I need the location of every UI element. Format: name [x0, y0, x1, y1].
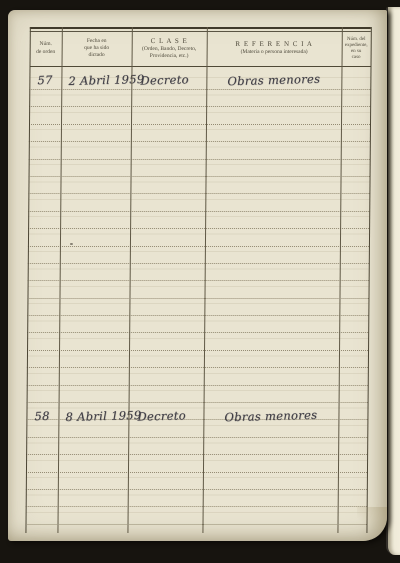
cell-fecha	[58, 473, 128, 489]
header-line: Providencia, etc.)	[150, 53, 189, 60]
cell-num-expediente	[341, 125, 370, 141]
table-row	[27, 333, 368, 350]
cell-num-orden	[27, 333, 59, 349]
cell-clase: Decreto	[128, 403, 203, 419]
cell-referencia	[204, 316, 339, 332]
table-row	[27, 299, 368, 316]
cell-referencia	[206, 90, 341, 106]
table-row	[26, 507, 367, 524]
cell-num-orden	[27, 386, 59, 402]
table-row	[28, 212, 369, 229]
cell-fecha	[59, 316, 129, 332]
cell-fecha	[60, 177, 130, 193]
cell-num-expediente	[338, 490, 367, 506]
handwritten-text: 2 Abril 1959	[68, 72, 144, 88]
cell-clase	[129, 333, 204, 349]
cell-num-expediente	[340, 212, 369, 228]
register-table: Núm. de orden Fecha en que ha sido dicta…	[3, 10, 387, 541]
ledger-page: Núm. de orden Fecha en que ha sido dicta…	[8, 10, 387, 541]
cell-fecha	[60, 264, 130, 280]
table-row	[26, 438, 367, 455]
cell-fecha	[58, 507, 128, 523]
cell-fecha	[61, 125, 131, 141]
cell-clase	[131, 90, 206, 106]
cell-num-expediente	[338, 438, 367, 454]
cell-num-orden	[29, 125, 61, 141]
cell-clase	[129, 299, 204, 315]
cell-referencia	[205, 229, 340, 245]
cell-clase	[129, 368, 204, 384]
cell-clase	[130, 194, 205, 210]
next-page-edge	[386, 7, 400, 555]
cell-num-expediente	[339, 316, 368, 332]
handwritten-text: Decreto	[140, 72, 189, 87]
cell-referencia	[204, 368, 339, 384]
cell-referencia	[204, 386, 339, 402]
table-row	[29, 160, 370, 177]
cell-num-expediente	[341, 160, 370, 176]
cell-fecha	[61, 142, 131, 158]
cell-clase	[130, 247, 205, 263]
cell-num-orden	[27, 299, 59, 315]
cell-num-expediente	[338, 473, 367, 489]
cell-clase	[130, 212, 205, 228]
table-row: 588 Abril 1959DecretoObras menores	[26, 403, 367, 420]
cell-clase	[129, 281, 204, 297]
cell-referencia	[203, 455, 338, 471]
table-row	[27, 368, 368, 385]
cell-num-expediente	[340, 247, 369, 263]
cell-num-orden	[26, 473, 58, 489]
cell-clase	[131, 107, 206, 123]
cell-num-expediente	[341, 142, 370, 158]
cell-num-orden	[26, 438, 58, 454]
column-header-fecha: Fecha en que ha sido dictado	[62, 31, 132, 66]
header-line: Núm.	[39, 41, 51, 48]
handwritten-text: 58	[35, 409, 51, 423]
header-line: dictado	[88, 52, 104, 59]
cell-num-orden	[27, 351, 59, 367]
cell-fecha	[59, 386, 129, 402]
cell-num-expediente	[340, 264, 369, 280]
table-row	[28, 247, 369, 264]
table-top-rule-thick	[30, 27, 371, 29]
cell-num-expediente	[340, 194, 369, 210]
cell-referencia	[205, 177, 340, 193]
table-row	[26, 473, 367, 490]
table-row	[28, 177, 369, 194]
table-body: 572 Abril 1959DecretoObras menores588 Ab…	[26, 67, 371, 525]
cell-clase	[130, 264, 205, 280]
header-line: caso	[352, 55, 361, 61]
cell-num-expediente	[339, 281, 368, 297]
cell-num-orden	[26, 490, 58, 506]
cell-clase	[128, 473, 203, 489]
header-line: de orden	[36, 49, 55, 56]
cell-referencia	[203, 490, 338, 506]
cell-num-orden	[29, 160, 61, 176]
cell-referencia	[206, 160, 341, 176]
cell-fecha	[58, 490, 128, 506]
cell-num-expediente	[340, 177, 369, 193]
cell-num-orden	[28, 247, 60, 263]
cell-num-orden	[28, 212, 60, 228]
table-row	[28, 194, 369, 211]
table-row	[29, 90, 370, 107]
cell-referencia	[205, 247, 340, 263]
cell-num-expediente	[341, 90, 370, 106]
table-row	[26, 455, 367, 472]
table-row	[27, 386, 368, 403]
cell-fecha	[59, 333, 129, 349]
cell-fecha	[60, 212, 130, 228]
cell-fecha: 2 Abril 1959	[61, 67, 131, 89]
cell-referencia	[205, 194, 340, 210]
handwritten-text: 57	[38, 73, 54, 87]
cell-referencia	[205, 264, 340, 280]
handwritten-text: Decreto	[137, 408, 186, 423]
cell-num-orden	[26, 455, 58, 471]
cell-num-orden	[28, 177, 60, 193]
cell-referencia	[204, 281, 339, 297]
cell-referencia	[206, 142, 341, 158]
handwritten-text: Obras menores	[227, 72, 320, 89]
cell-fecha	[58, 438, 128, 454]
table-header-row: Núm. de orden Fecha en que ha sido dicta…	[30, 31, 371, 67]
cell-clase	[128, 507, 203, 523]
cell-num-expediente	[338, 455, 367, 471]
cell-num-expediente	[339, 386, 368, 402]
cell-referencia	[204, 299, 339, 315]
cell-num-orden	[28, 229, 60, 245]
cell-referencia	[204, 333, 339, 349]
table-row	[29, 107, 370, 124]
cell-num-orden	[27, 368, 59, 384]
cell-fecha	[58, 455, 128, 471]
column-header-referencia: R E F E R E N C I A (Materia o persona i…	[207, 31, 342, 66]
cell-num-expediente	[339, 368, 368, 384]
cell-clase	[129, 351, 204, 367]
table-row	[26, 490, 367, 507]
cell-referencia	[205, 212, 340, 228]
cell-clase	[131, 142, 206, 158]
cell-num-orden	[29, 107, 61, 123]
cell-fecha	[59, 281, 129, 297]
table-row: 572 Abril 1959DecretoObras menores	[29, 67, 370, 90]
cell-fecha	[59, 368, 129, 384]
cell-referencia: Obras menores	[206, 67, 341, 89]
column-header-clase: C L A S E (Orden, Bando, Decreto, Provid…	[132, 31, 207, 66]
cell-num-orden	[28, 194, 60, 210]
cell-fecha	[59, 299, 129, 315]
column-header-num-orden: Núm. de orden	[30, 31, 62, 66]
header-line: Fecha en	[87, 38, 107, 45]
cell-referencia: Obras menores	[203, 403, 338, 419]
cell-num-expediente	[339, 299, 368, 315]
cell-num-orden	[29, 90, 61, 106]
cell-clase	[129, 316, 204, 332]
cell-clase	[130, 177, 205, 193]
cell-clase	[129, 386, 204, 402]
cell-fecha	[60, 247, 130, 263]
cell-num-expediente	[338, 420, 367, 436]
table-row	[29, 142, 370, 159]
handwritten-text: Obras menores	[224, 408, 317, 425]
cell-num-expediente	[340, 229, 369, 245]
cell-num-orden: 58	[26, 403, 58, 419]
table-row	[28, 264, 369, 281]
page-corner-curl	[357, 507, 387, 541]
header-title: C L A S E	[151, 37, 188, 46]
ink-speck	[70, 243, 73, 245]
cell-num-expediente	[339, 351, 368, 367]
table-row	[27, 281, 368, 298]
cell-num-orden	[27, 281, 59, 297]
cell-referencia	[203, 438, 338, 454]
header-line: (Materia o persona interesada)	[241, 49, 308, 56]
header-line: (Orden, Bando, Decreto,	[142, 46, 196, 53]
table-row	[28, 229, 369, 246]
cell-fecha	[60, 194, 130, 210]
cell-clase: Decreto	[131, 67, 206, 89]
handwritten-text: 8 Abril 1959	[65, 408, 141, 424]
cell-num-orden	[27, 316, 59, 332]
cell-num-orden: 57	[29, 67, 61, 89]
cell-clase	[131, 125, 206, 141]
cell-fecha: 8 Abril 1959	[58, 403, 128, 419]
cell-num-orden	[29, 142, 61, 158]
cell-num-expediente	[341, 67, 370, 89]
cell-referencia	[203, 473, 338, 489]
cell-referencia	[204, 351, 339, 367]
cell-num-orden	[28, 264, 60, 280]
cell-num-expediente	[338, 403, 367, 419]
cell-referencia	[203, 507, 338, 523]
cell-num-expediente	[339, 333, 368, 349]
column-header-num-expediente: Núm. del expediente, en su caso	[342, 31, 371, 66]
cell-clase	[130, 229, 205, 245]
cell-clase	[128, 490, 203, 506]
cell-fecha	[61, 107, 131, 123]
cell-fecha	[61, 160, 131, 176]
cell-referencia	[206, 125, 341, 141]
table-row	[29, 125, 370, 142]
cell-fecha	[59, 351, 129, 367]
cell-fecha	[61, 90, 131, 106]
table-row	[27, 316, 368, 333]
cell-num-orden	[26, 507, 58, 523]
table-row	[27, 351, 368, 368]
cell-referencia	[206, 107, 341, 123]
cell-clase	[128, 438, 203, 454]
cell-num-expediente	[341, 107, 370, 123]
cell-clase	[128, 455, 203, 471]
header-line: que ha sido	[84, 45, 109, 52]
cell-clase	[131, 160, 206, 176]
